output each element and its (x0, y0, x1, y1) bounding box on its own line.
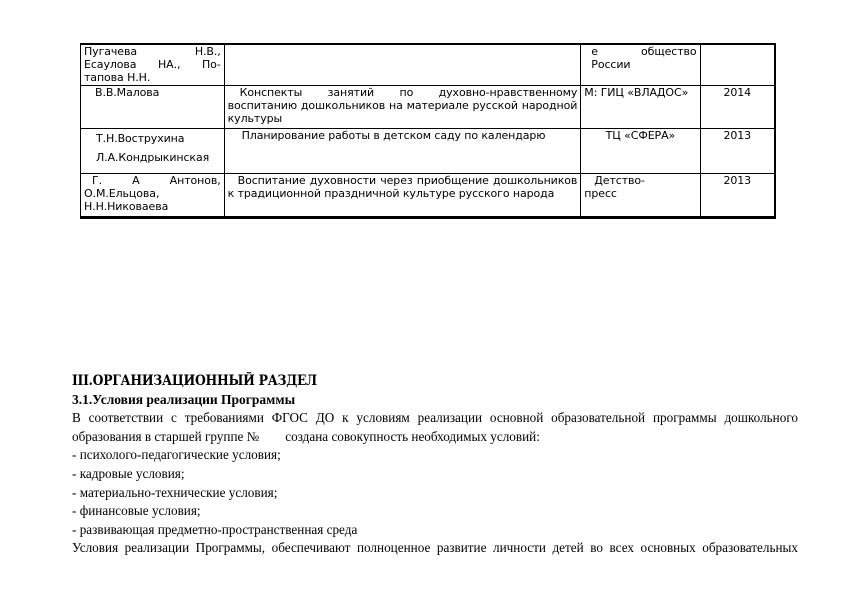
title-cell: Воспитание духовности через приобщение д… (224, 174, 581, 218)
year-text: 2013 (723, 129, 751, 142)
intro-text-end: создана совокупность необходимых условий… (285, 429, 540, 444)
table-row: В.В.Малова Конспекты занятий по духовно-… (81, 86, 776, 129)
intro-paragraph-line1: В соответствии с требованиями ФГОС ДО к … (72, 409, 798, 428)
authors-cell: Т.Н.Вострухина Л.А.Кондрыкинская (81, 129, 225, 174)
list-item: - кадровые условия; (72, 465, 798, 484)
literature-table: Пугачева Н.В., Есаулова НА., По-тапова Н… (80, 43, 776, 219)
table-row: Пугачева Н.В., Есаулова НА., По-тапова Н… (81, 44, 776, 86)
table-row: Г. А Антонов, О.М.Ельцова, Н.Н.Никоваева… (81, 174, 776, 218)
title-text: Планирование работы в детском саду по ка… (228, 129, 578, 142)
list-item: - материально-технические условия; (72, 484, 798, 503)
intro-paragraph-line2: образования в старшей группе №создана со… (72, 428, 798, 447)
closing-paragraph-line: Условия реализации Программы, обеспечива… (72, 539, 798, 558)
subsection-heading: 3.1.Условия реализации Программы (72, 391, 798, 410)
authors-cell: Г. А Антонов, О.М.Ельцова, Н.Н.Никоваева (81, 174, 225, 218)
publisher-cell: е общество России (581, 44, 700, 86)
title-cell: Конспекты занятий по духовно-нравственно… (224, 86, 581, 129)
year-text: 2014 (723, 86, 751, 99)
publisher-text: е общество России (591, 45, 696, 71)
authors-cell: В.В.Малова (81, 86, 225, 129)
publisher-text: М: ГИЦ «ВЛАДОС» (584, 86, 688, 99)
authors-cell: Пугачева Н.В., Есаулова НА., По-тапова Н… (81, 44, 225, 86)
title-text: Воспитание духовности через приобщение д… (228, 174, 578, 200)
authors-text: Л.А.Кондрыкинская (84, 148, 221, 167)
year-cell: 2014 (700, 86, 775, 129)
authors-text: В.В.Малова (95, 86, 159, 99)
table-row: Т.Н.Вострухина Л.А.Кондрыкинская Планиро… (81, 129, 776, 174)
list-item: - развивающая предметно-пространственная… (72, 521, 798, 540)
intro-text-start: образования в старшей группе № (72, 429, 259, 444)
year-cell: 2013 (700, 174, 775, 218)
publisher-text: ТЦ «СФЕРА» (606, 129, 675, 142)
authors-text: Т.Н.Вострухина (84, 129, 221, 148)
title-cell: Планирование работы в детском саду по ка… (224, 129, 581, 174)
publisher-cell: ТЦ «СФЕРА» (581, 129, 700, 174)
authors-text: Г. А Антонов, О.М.Ельцова, Н.Н.Никоваева (84, 174, 221, 213)
conditions-list: - психолого-педагогические условия; - ка… (72, 446, 798, 539)
organizational-section: III.ОРГАНИЗАЦИОННЫЙ РАЗДЕЛ 3.1.Условия р… (72, 372, 798, 558)
list-item: - финансовые условия; (72, 502, 798, 521)
authors-text: Пугачева Н.В., Есаулова НА., По-тапова Н… (84, 45, 221, 84)
list-item: - психолого-педагогические условия; (72, 446, 798, 465)
section-heading: III.ОРГАНИЗАЦИОННЫЙ РАЗДЕЛ (72, 372, 740, 391)
year-text: 2013 (723, 174, 751, 187)
publisher-cell: М: ГИЦ «ВЛАДОС» (581, 86, 700, 129)
publisher-cell: Детство-пресс (581, 174, 700, 218)
year-cell: 2013 (700, 129, 775, 174)
title-cell (224, 44, 581, 86)
document-page: Пугачева Н.В., Есаулова НА., По-тапова Н… (0, 0, 842, 595)
publisher-text: Детство-пресс (584, 174, 654, 200)
year-cell (700, 44, 775, 86)
title-text: Конспекты занятий по духовно-нравственно… (228, 86, 578, 125)
